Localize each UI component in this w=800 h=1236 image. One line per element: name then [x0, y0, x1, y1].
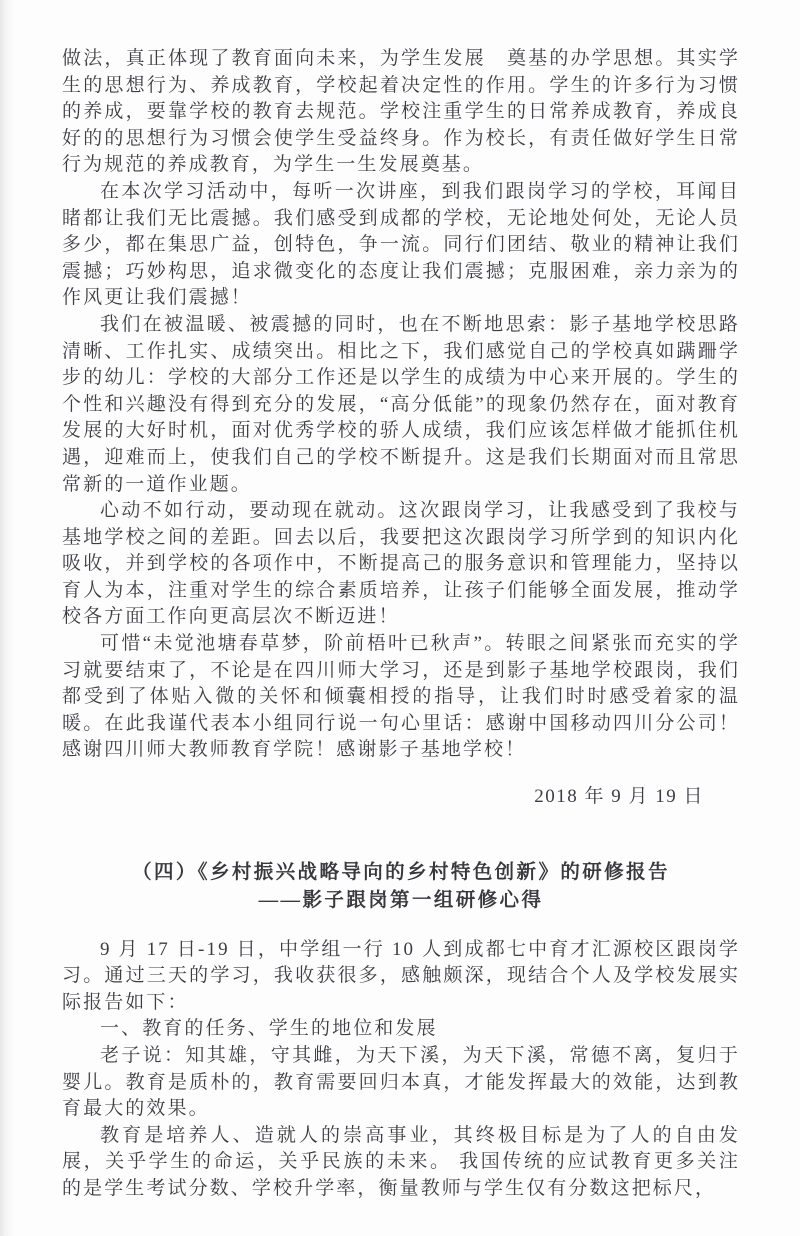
paragraph: 在本次学习活动中，每听一次讲座，到我们跟岗学习的学校，耳闻目睹都让我们无比震撼。… [62, 179, 740, 312]
section1-body: 做法，真正体现了教育面向未来，为学生发展 奠基的办学思想。其实学 生的思想行为、… [62, 46, 740, 764]
paragraph: 教育是培养人、造就人的崇高事业，其终极目标是为了人的自由发展，关乎学生的命运，关… [62, 1123, 740, 1203]
paragraph: 做法，真正体现了教育面向未来，为学生发展 奠基的办学思想。其实学 生的思想行为、… [62, 46, 740, 179]
section2-body: 9 月 17 日-19 日，中学组一行 10 人到成都七中育才汇源校区跟岗学习。… [62, 937, 740, 1203]
paragraph: 心动不如行动，要动现在就动。这次跟岗学习，让我感受到了我校与基地学校之间的差距。… [62, 498, 740, 631]
report-subtitle: ——影子跟岗第一组研修心得 [62, 887, 740, 915]
report-title: （四）《乡村振兴战略导向的乡村特色创新》的研修报告 [62, 859, 740, 887]
document-page: 做法，真正体现了教育面向未来，为学生发展 奠基的办学思想。其实学 生的思想行为、… [0, 0, 800, 1236]
paragraph: 可惜“未觉池塘春草梦，阶前梧叶已秋声”。转眼之间紧张而充实的学习就要结束了，不论… [62, 631, 740, 764]
section-heading: 一、教育的任务、学生的地位和发展 [62, 1016, 740, 1043]
paragraph: 我们在被温暖、被震撼的同时，也在不断地思索：影子基地学校思路清晰、工作扎实、成绩… [62, 312, 740, 498]
date-line: 2018 年 9 月 19 日 [62, 784, 740, 811]
paragraph: 老子说：知其雄，守其雌，为天下溪，为天下溪，常德不离，复归于婴儿。教育是质朴的，… [62, 1043, 740, 1123]
paragraph: 9 月 17 日-19 日，中学组一行 10 人到成都七中育才汇源校区跟岗学习。… [62, 937, 740, 1017]
